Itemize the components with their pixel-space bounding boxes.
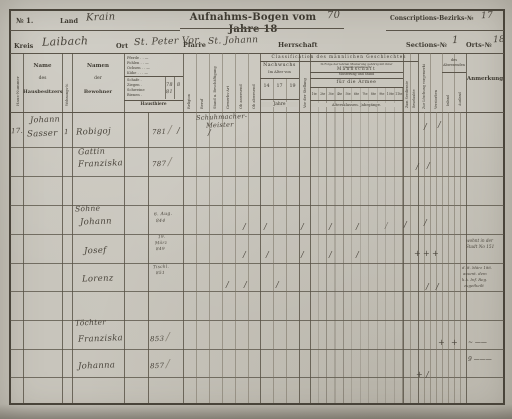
mannschaft-header: Mannschaft <box>310 67 403 72</box>
son-2-birthdate: 849 <box>156 246 165 251</box>
wohnpartei-number: 1 <box>64 128 69 136</box>
conscription-label: Conscriptions-Bezirks-№ <box>390 16 473 23</box>
scan-shadow <box>0 404 512 419</box>
remark-note-josef: wohnt in der <box>466 238 493 243</box>
grid-line <box>410 53 411 403</box>
form-title: Aufnahms-Bogen vom Jahre 18 <box>178 12 328 35</box>
frame-right <box>503 9 505 405</box>
nachwuchs-header: Nachwuchs <box>260 63 299 69</box>
age-col-14: 14 <box>260 84 273 90</box>
klasse-col: 10te <box>386 89 394 99</box>
page-number: № 1. <box>16 17 33 25</box>
grid-line <box>442 53 443 403</box>
grid-line <box>196 53 197 403</box>
tick-mark: + <box>451 338 458 347</box>
klasse-col: 1te <box>310 89 318 99</box>
class-rule <box>310 78 403 79</box>
grid-line <box>310 87 403 403</box>
son-3-name: Lorenz <box>82 273 114 284</box>
klasse-col: 3te <box>327 89 335 99</box>
ausland-col: Ausland <box>458 92 462 106</box>
anmerkung-header: Anmerkung <box>466 76 504 82</box>
age-col-17: 17 <box>273 84 286 90</box>
tick-mark: / <box>356 222 359 231</box>
verstorben-col: Verstorben <box>434 90 438 109</box>
tick-mark: / <box>301 250 304 259</box>
frame-left <box>9 9 11 405</box>
head-rule-left <box>10 30 180 31</box>
box-value: 8 <box>177 82 181 88</box>
klasse-col: 8te <box>369 89 377 99</box>
tick-mark: + <box>416 370 423 379</box>
grid-line <box>209 53 210 403</box>
tick-mark: / <box>243 250 246 259</box>
title-year-value: 70 <box>327 10 341 21</box>
altersklassen-caption: Altersklassen. Jahrgänge. <box>311 103 402 107</box>
tick-mark: / <box>329 250 332 259</box>
sons-label: Söhne <box>75 204 101 214</box>
census-form-sheet: № 1. Land Krain Aufnahms-Bogen vom Jahre… <box>0 0 512 419</box>
resident-1-name: Robigoj <box>76 126 111 137</box>
grid-line <box>430 53 431 403</box>
grid-line <box>183 53 184 403</box>
owner-name-line2: Sasser <box>27 128 58 139</box>
pen-flourish: / <box>168 155 172 168</box>
vor-stellung-col: Vor der Stellung <box>303 78 307 108</box>
livestock-box-row: Ochsen . . — <box>127 66 150 70</box>
tick-mark: / <box>404 220 407 229</box>
son-1-birthdate: 844 <box>156 219 166 224</box>
rotated-col-abwesend: Ob abwesend <box>252 84 256 109</box>
livestock-box-row: Bienen . <box>127 93 142 97</box>
age-col-19: 19 <box>286 84 299 90</box>
rotated-col-stand: Stand u. Beschäftigung <box>213 66 217 109</box>
daughters-label: Töchter <box>75 317 106 327</box>
rotated-col-religion: Religion <box>187 94 191 109</box>
box-line <box>174 77 175 99</box>
box-value: 78 <box>166 82 173 88</box>
klasse-col: 7te <box>361 89 369 99</box>
daughter-2-birthyear: 857 <box>150 362 165 370</box>
livestock-box-row: Pferde . . — <box>127 56 148 60</box>
title-underline <box>180 28 344 29</box>
livestock-box-row: Schafe . <box>127 78 142 82</box>
col-owner-header: Name <box>23 63 62 69</box>
col-owner-header: des <box>23 76 62 81</box>
col-owner-header: Hausbesitzers <box>23 90 62 96</box>
tick-mark: / <box>436 282 439 291</box>
resident-2-name: Franziska <box>78 158 123 170</box>
resident-2-birthyear: 787 <box>152 160 167 168</box>
frame-top <box>9 9 505 11</box>
abwesend-group-header: Abwesenden <box>442 64 466 68</box>
col-wohnpartei-header: Wohnungs-№ <box>65 84 69 106</box>
tick-mark: / <box>424 218 427 227</box>
pen-flourish: / <box>166 330 170 343</box>
land-value: Krain <box>86 11 116 23</box>
resident-2-relation: Gattin <box>78 147 105 157</box>
grid-line <box>286 78 287 403</box>
livestock-box-row: Schweine <box>127 88 145 92</box>
grid-line <box>466 53 467 403</box>
son-3-birthdate: Tischl. <box>153 264 169 270</box>
grid-line <box>248 53 249 403</box>
loeschung-col: Zur Löschung vorgemerkt <box>422 64 426 109</box>
orts-label: Orts-№ <box>466 42 492 49</box>
grid-line <box>460 112 461 403</box>
head-rule-right <box>386 30 504 31</box>
tick-mark: / <box>385 221 388 230</box>
rotated-col-anwesend: Ob anwesend <box>239 84 243 109</box>
tick-mark: + <box>423 249 430 258</box>
klasse-col: 4te <box>335 89 343 99</box>
tick-mark: / <box>208 128 211 137</box>
tick-mark: / <box>438 120 441 129</box>
class-rule <box>310 100 403 101</box>
class-rule <box>442 72 466 73</box>
tick-mark: / <box>266 250 269 259</box>
tick-mark: / <box>329 222 332 231</box>
klasse-col: 2te <box>318 89 326 99</box>
grid-line <box>23 53 24 403</box>
pfarre-value: St. Johann <box>208 35 259 47</box>
tick-mark: / <box>426 370 429 379</box>
col-bewohner-header: der <box>72 76 124 81</box>
daughter-1-name: Franziska <box>78 333 123 345</box>
daughter-1-birthyear: 853 <box>150 335 165 343</box>
tick-mark: + <box>438 338 445 347</box>
klasse-col: 11te <box>395 89 403 99</box>
grid-line <box>299 53 300 403</box>
col-bewohner-header: Bewohner <box>72 90 124 96</box>
grid-line <box>235 53 236 403</box>
livestock-box-caption: Hausthiere <box>124 102 183 107</box>
tick-mark: / <box>426 282 429 291</box>
grid-line <box>222 53 223 403</box>
tick-mark: / <box>264 222 267 231</box>
kreis-label: Kreis <box>14 43 33 50</box>
son-2-birthdate: März <box>155 240 167 245</box>
inland-col: Inland <box>446 95 450 106</box>
resident-1-birthyear: 781 <box>152 128 167 136</box>
remark-note-josef: Stadt No 151 <box>466 244 494 249</box>
klasse-col: 6te <box>352 89 360 99</box>
rotated-col-beruf: Beruf <box>200 99 204 109</box>
grid-line <box>454 53 455 403</box>
remark-note-lorenz: assent. dem <box>463 271 487 276</box>
tick-mark: / <box>276 280 279 289</box>
abwesend-group-header: des <box>442 58 466 62</box>
daughter-2-name: Johanna <box>78 360 116 371</box>
remark-note-franziska: ~ —— <box>468 339 487 346</box>
pen-flourish: / <box>166 357 170 370</box>
tick-mark: / <box>424 122 427 131</box>
sections-label: Sections-№ <box>406 42 447 49</box>
ort-label: Ort <box>116 43 128 50</box>
tick-mark: / <box>427 161 430 170</box>
tick-mark: / <box>226 280 229 289</box>
son-3-birthdate: 851 <box>156 270 165 275</box>
conscription-value: 17 <box>481 11 493 21</box>
land-label: Land <box>60 18 78 25</box>
klasse-col: 5te <box>344 89 352 99</box>
livestock-box-row: Kühe . . . — <box>127 71 148 75</box>
remark-note-lorenz: k.k. Inf. Reg. <box>462 277 487 282</box>
class-rule <box>260 78 299 79</box>
tick-mark: / <box>416 162 419 171</box>
class-rule <box>310 87 403 88</box>
box-value: 81 <box>166 89 173 95</box>
col-bewohner-header: Namen <box>72 63 124 69</box>
seedienst-col: Zum Seedienste <box>405 81 409 108</box>
tick-mark: / <box>177 126 180 135</box>
pfarre-label: Pfarre <box>183 42 206 49</box>
musterung-stand: Musterung und Stand <box>310 73 403 77</box>
grid-line <box>273 78 274 403</box>
rotated-col-gewerbe: Gewerbs-Art <box>226 86 230 109</box>
tick-mark: / <box>356 250 359 259</box>
livestock-box-row: Fohlen . . — <box>127 61 149 65</box>
son-1-birthdate: 6. Aug. <box>154 212 172 218</box>
grid-line <box>448 112 449 403</box>
owner-name-line1: Johann <box>30 114 60 124</box>
remark-note-lorenz: d. 8. März 186. <box>462 265 492 270</box>
nachwuchs-alter: Im Alter von <box>260 70 299 74</box>
grid-line <box>418 53 419 403</box>
livestock-box-row: Ziegen . <box>127 83 142 87</box>
tick-mark: / <box>243 222 246 231</box>
tick-mark: / <box>301 222 304 231</box>
tick-mark: + <box>432 249 439 258</box>
kreis-value: Laibach <box>42 34 89 49</box>
grid-line <box>62 53 63 403</box>
class-rule <box>260 99 299 100</box>
house-number: 17. <box>11 127 23 135</box>
pen-flourish: / <box>168 123 172 136</box>
son-1-name: Johann <box>80 216 112 227</box>
col-haus-header: Haus-Nummer <box>15 76 20 106</box>
orts-value: 18 <box>493 35 505 45</box>
klasse-col: 9te <box>378 89 386 99</box>
remark-note-johanna: 9 ——— <box>468 356 492 363</box>
son-2-birthdate: 19. <box>158 234 166 239</box>
grid-line <box>148 112 149 403</box>
tick-mark: / <box>244 280 247 289</box>
beurlaubte-col: Beurlaubte <box>412 89 416 108</box>
herrschaft-label: Herrschaft <box>278 42 317 49</box>
armee-header: für die Armee <box>310 80 403 85</box>
grid-line <box>72 53 73 403</box>
klassen-row: 1te 2te 3te 4te 5te 6te 7te 8te 9te 10te… <box>310 89 403 99</box>
son-2-name: Josef <box>84 246 107 257</box>
classification-header: Classification des männlichen Geschlecht… <box>260 55 418 60</box>
sections-value: 1 <box>452 35 459 46</box>
jahre-caption: Jahre <box>261 102 298 107</box>
remark-note-lorenz: zugetheilt <box>464 283 484 288</box>
tick-mark: + <box>414 249 421 258</box>
